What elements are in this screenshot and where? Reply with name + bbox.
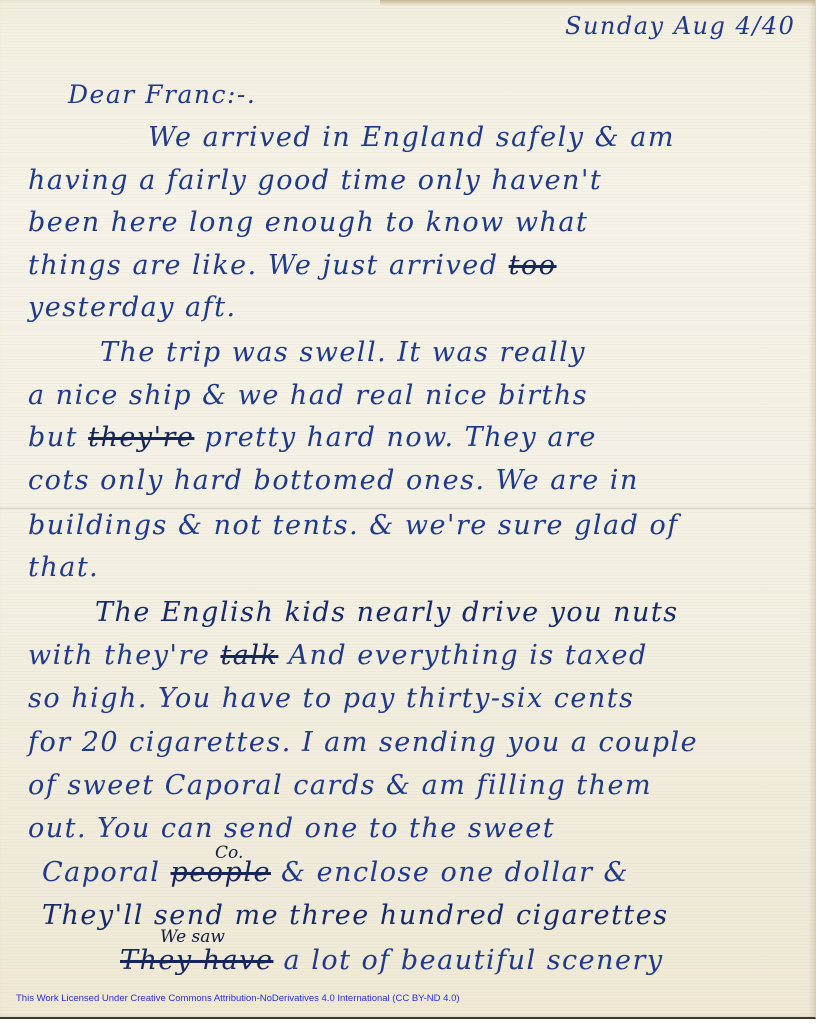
letter-line-16: of sweet Caporal cards & am filling them — [28, 770, 652, 801]
letter-line-15: for 20 cigarettes. I am sending you a co… — [28, 727, 698, 758]
letter-line-17: out. You can send one to the sweet — [28, 813, 555, 844]
letter-line-3: been here long enough to know what — [28, 207, 588, 238]
license-notice: This Work Licensed Under Creative Common… — [16, 993, 460, 1004]
letter-line-13-start: with they're — [28, 640, 210, 671]
letter-line-18-start: Caporal — [42, 857, 160, 888]
letter-line-18: Caporal people & enclose one dollar & — [42, 857, 629, 888]
struck-word: They have — [120, 945, 273, 976]
letter-line-13-end: And everything is taxed — [289, 640, 648, 671]
letter-line-1: We arrived in England safely & am — [148, 122, 675, 153]
letter-line-7: a nice ship & we had real nice births — [28, 380, 588, 411]
letter-line-6: The trip was swell. It was really — [100, 337, 586, 368]
struck-word: people — [171, 857, 271, 888]
salutation: Dear Franc:-. — [68, 80, 256, 109]
letter-line-4-text: things are like. We just arrived — [28, 250, 499, 281]
letter-line-19: They'll send me three hundred cigarettes — [42, 900, 669, 931]
letter-line-12: The English kids nearly drive you nuts — [95, 597, 679, 628]
letter-line-8: but they're pretty hard now. They are — [28, 422, 597, 453]
letter-line-20-end: a lot of beautiful scenery — [284, 945, 664, 976]
letter-line-8-start: but — [28, 422, 78, 453]
letter-line-10: buildings & not tents. & we're sure glad… — [28, 510, 679, 541]
letter-line-2: having a fairly good time only haven't — [28, 165, 602, 196]
letter-line-5: yesterday aft. — [28, 292, 237, 323]
letter-line-14: so high. You have to pay thirty-six cent… — [28, 683, 634, 714]
letter-line-13: with they're talk And everything is taxe… — [28, 640, 648, 671]
letter-page: Sunday Aug 4/40 Dear Franc:-. We arrived… — [0, 0, 816, 1019]
dateline: Sunday Aug 4/40 — [565, 12, 795, 40]
paper-edge-stain — [380, 0, 815, 6]
letter-line-9: cots only hard bottomed ones. We are in — [28, 465, 639, 496]
letter-line-11: that. — [28, 552, 99, 583]
struck-word: talk — [220, 640, 278, 671]
letter-line-4: things are like. We just arrived too — [28, 250, 557, 281]
struck-word: too — [509, 250, 557, 281]
letter-line-20: They have a lot of beautiful scenery — [120, 945, 664, 976]
inserted-words-we-saw: We saw — [160, 927, 225, 947]
letter-line-8-end: pretty hard now. They are — [205, 422, 597, 453]
letter-line-18-end: & enclose one dollar & — [281, 857, 629, 888]
struck-word: they're — [88, 422, 194, 453]
